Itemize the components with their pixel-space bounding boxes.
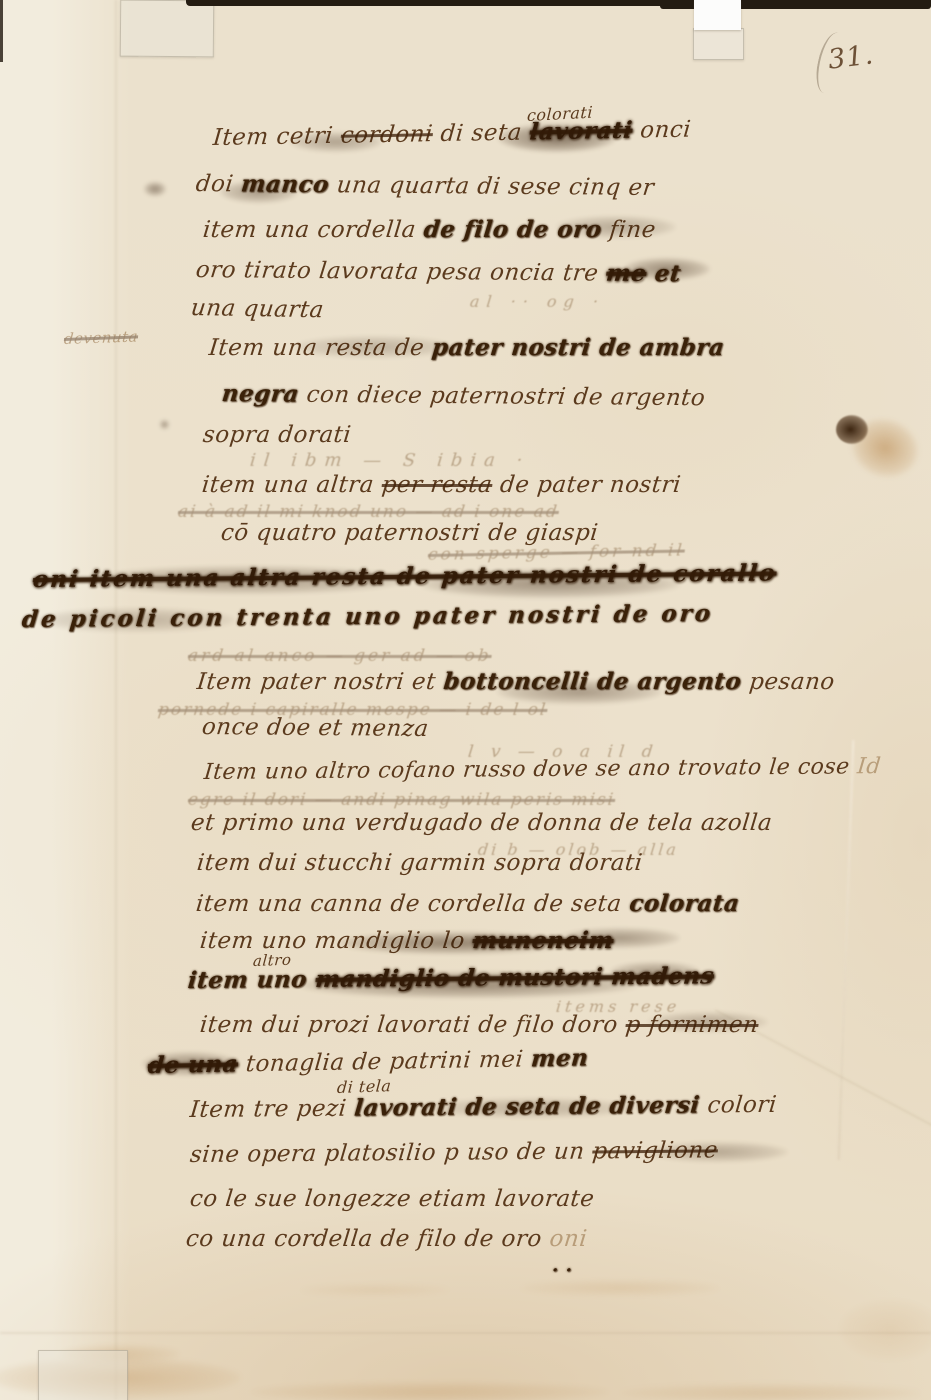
text-segment: once doe et menza [201,714,431,742]
text-segment: il ibm — S ibia · [249,450,532,471]
ink-blot [426,1098,636,1118]
handwritten-line: una quarta [189,295,325,323]
ink-blot [144,182,166,196]
text-segment: sopra dorati [202,422,353,448]
tape-top-right [694,0,741,30]
text-segment: item una canna de cordella de seta [195,891,631,917]
handwritten-line: co le sue longezze etiam lavorate [189,1186,596,1212]
text-segment: al ·· og · [469,292,606,311]
ink-blot [648,1012,768,1032]
bottom-stain [250,1382,610,1400]
text-segment: item uno [187,966,317,994]
text-segment: Item pater nostri et [196,669,445,695]
ink-blot [624,258,710,280]
text-segment: item dui prozi lavorati de filo doro [199,1012,627,1038]
ink-blot [142,1052,238,1076]
ink-blot [298,972,638,998]
text-segment: ai à ad il mi knod uno — ad i one ad [177,502,560,522]
ink-blot [610,962,700,982]
faded-stain [520,1280,720,1296]
text-segment: negra [220,380,300,408]
ink-blot [497,680,662,704]
text-segment: oni [548,1226,588,1252]
text-segment: men [530,1044,590,1072]
show-through-text: il ibm — S ibia · [249,450,532,471]
vertical-crease [115,0,117,1400]
text-segment: colorata [628,890,741,917]
text-segment: una quarta [189,295,325,323]
ink-blot [220,181,298,203]
horizontal-crease [0,1332,931,1334]
handwritten-line: item una altra per resta de pater nostri [201,472,683,498]
ink-blot [560,928,680,948]
show-through-text: al ·· og · [469,292,606,311]
text-segment: con diece [297,382,431,409]
ink-blot [160,420,169,429]
text-segment: egre il dori — andi pinag wila peris mis… [187,790,616,810]
text-segment: de pater nostri [491,472,682,498]
ink-blot [294,336,454,358]
ink-blot [290,132,382,152]
handwritten-line: co una cordella de filo de oro oni [185,1226,589,1252]
handwritten-line: sopra dorati [202,422,353,448]
faded-struck-text: ai à ad il mi knod uno — ad i one ad [177,502,560,522]
tape-bottom-left [38,1350,128,1400]
tape-top-left [120,0,214,57]
ink-blot [338,932,568,954]
ink-stain-dark [836,415,868,444]
text-segment: onci [631,117,692,144]
text-segment: ard al anco — ger ad — ob [187,646,493,666]
handwritten-line: Item una resta de pater nostri de ambra [208,334,726,361]
end-mark: · · [551,1260,574,1281]
faded-struck-text: egre il dori — andi pinag wila peris mis… [187,790,616,810]
faded-struck-text: ard al anco — ger ad — ob [187,646,493,666]
page-number: 31. [826,39,875,75]
photo-left-edge [0,0,3,62]
text-segment: item una altra [201,472,384,498]
ink-blot [420,570,680,598]
text-segment: co le sue longezze etiam lavorate [189,1186,596,1212]
text-segment: Id [856,754,882,779]
ink-blot [36,608,236,632]
text-segment: una quarta di sese cinq er [328,172,656,201]
bottom-stain [620,1384,920,1400]
text-segment: et primo una verdugado de donna de tela … [190,810,774,836]
margin-note: devenuta [63,327,138,348]
text-segment: · · [551,1260,574,1281]
text-segment: co una cordella de filo de oro [185,1226,551,1252]
text-segment: paternostri de argento [429,383,707,411]
ink-blot [648,1142,788,1162]
text-segment: oro tirato lavorata pesa oncia tre [194,257,607,287]
text-segment: item dui stucchi garmin sopra dorati [196,850,644,876]
text-segment: tonaglia de patrini mei [237,1046,532,1077]
text-segment: per resta [380,472,493,498]
handwritten-line: item dui stucchi garmin sopra dorati [196,850,644,876]
text-segment: item una cordella [202,217,426,243]
ink-blot [556,216,676,238]
handwritten-line: sine opera platosilio p uso de un pavigl… [189,1137,719,1168]
handwritten-line: oro tirato lavorata pesa oncia tre me et [194,256,682,287]
ink-blot [88,566,408,594]
handwritten-line: negra con diece paternostri de argento [220,380,706,411]
manuscript-photo: 31. colorati Item cetri cordoni di seta … [0,0,931,1400]
faded-stain [300,1284,450,1296]
text-segment: pesano [740,669,836,695]
text-segment: sine opera platosilio p uso de un [189,1138,594,1168]
text-segment: devenuta [63,327,138,348]
tape-top-right-under [693,28,744,60]
text-segment: Item tre pezi [189,1096,356,1123]
faded-stain [840,1300,931,1360]
handwritten-line: item una canna de cordella de seta color… [195,890,741,917]
handwritten-line: once doe et menza [201,714,431,742]
text-segment: colori [698,1092,778,1119]
handwritten-line: et primo una verdugado de donna de tela … [190,810,774,836]
ink-blot [498,124,616,152]
text-segment: pater nostri de ambra [431,334,726,361]
